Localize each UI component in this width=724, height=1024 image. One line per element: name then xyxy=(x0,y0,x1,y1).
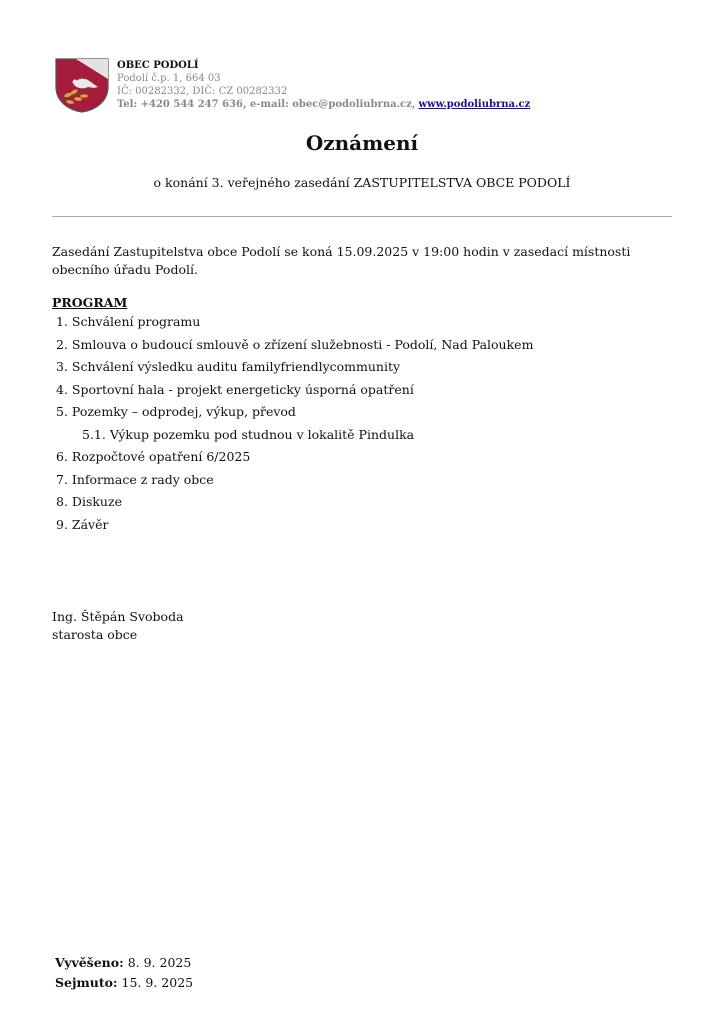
contact-info: Tel: +420 544 247 636, e-mail: obec@podo… xyxy=(117,99,415,110)
program-section: PROGRAM 1. Schválení programu2. Smlouva … xyxy=(52,295,533,536)
municipality-address: Podolí č.p. 1, 664 03 xyxy=(117,72,530,85)
item-text: Závěr xyxy=(72,517,109,532)
item-text: Výkup pozemku pod studnou v lokalitě Pin… xyxy=(110,427,414,442)
item-number: 3. xyxy=(56,359,68,374)
item-text: Schválení výsledku auditu familyfriendly… xyxy=(72,359,400,374)
website-link[interactable]: www.podoliubrna.cz xyxy=(419,99,531,110)
item-number: 8. xyxy=(56,494,68,509)
program-item: 8. Diskuze xyxy=(52,491,533,514)
divider xyxy=(52,216,672,217)
item-number: 1. xyxy=(56,314,68,329)
program-title: PROGRAM xyxy=(52,295,533,311)
item-number: 9. xyxy=(56,517,68,532)
program-item: 7. Informace z rady obce xyxy=(52,469,533,492)
page-subtitle: o konání 3. veřejného zasedání ZASTUPITE… xyxy=(0,175,724,190)
item-number: 4. xyxy=(56,382,68,397)
item-number: 5.1. xyxy=(82,427,106,442)
item-number: 7. xyxy=(56,472,68,487)
program-item: 4. Sportovní hala - projekt energeticky … xyxy=(52,379,533,402)
program-item: 1. Schválení programu xyxy=(52,311,533,334)
item-text: Smlouva o budoucí smlouvě o zřízení služ… xyxy=(72,337,534,352)
letterhead: OBEC PODOLÍ Podolí č.p. 1, 664 03 IČ: 00… xyxy=(54,57,530,113)
item-number: 2. xyxy=(56,337,68,352)
program-item: 3. Schválení výsledku auditu familyfrien… xyxy=(52,356,533,379)
item-number: 5. xyxy=(56,404,68,419)
intro-paragraph: Zasedání Zastupitelstva obce Podolí se k… xyxy=(52,243,676,279)
signatory-role: starosta obce xyxy=(52,626,184,644)
item-number: 6. xyxy=(56,449,68,464)
municipality-name: OBEC PODOLÍ xyxy=(117,59,530,72)
program-item: 9. Závěr xyxy=(52,514,533,537)
item-text: Sportovní hala - projekt energeticky úsp… xyxy=(72,382,414,397)
posted-label: Vyvěšeno: xyxy=(55,955,124,970)
signature-block: Ing. Štěpán Svoboda starosta obce xyxy=(52,608,184,644)
removed-date: 15. 9. 2025 xyxy=(122,975,194,990)
program-list: 1. Schválení programu2. Smlouva o budouc… xyxy=(52,311,533,536)
posted-date: 8. 9. 2025 xyxy=(128,955,192,970)
page-title: Oznámení xyxy=(0,131,724,155)
removed-label: Sejmuto: xyxy=(55,975,118,990)
municipality-ids: IČ: 00282332, DIČ: CZ 00282332 xyxy=(117,85,530,98)
posting-dates: Vyvěšeno: 8. 9. 2025 Sejmuto: 15. 9. 202… xyxy=(55,953,193,993)
program-item: 2. Smlouva o budoucí smlouvě o zřízení s… xyxy=(52,334,533,357)
program-item: 6. Rozpočtové opatření 6/2025 xyxy=(52,446,533,469)
item-text: Rozpočtové opatření 6/2025 xyxy=(72,449,250,464)
item-text: Diskuze xyxy=(72,494,122,509)
item-text: Schválení programu xyxy=(72,314,200,329)
coat-of-arms-icon xyxy=(54,57,110,113)
item-text: Pozemky – odprodej, výkup, převod xyxy=(72,404,296,419)
item-text: Informace z rady obce xyxy=(72,472,214,487)
signatory-name: Ing. Štěpán Svoboda xyxy=(52,608,184,626)
program-subitem: 5.1. Výkup pozemku pod studnou v lokalit… xyxy=(52,424,533,447)
program-item: 5. Pozemky – odprodej, výkup, převod xyxy=(52,401,533,424)
